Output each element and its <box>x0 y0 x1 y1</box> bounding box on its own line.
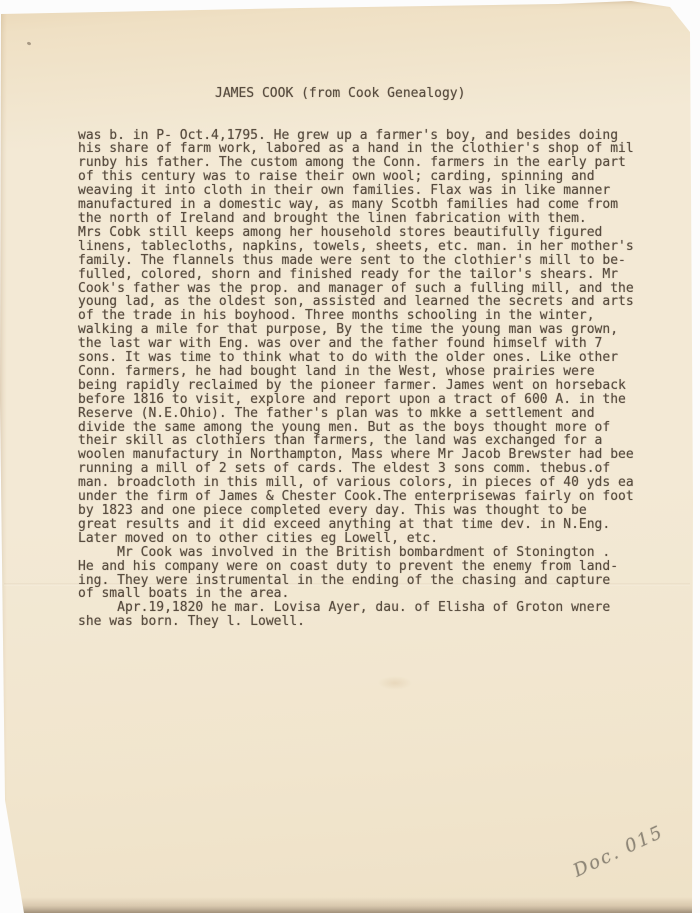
paper-speck <box>27 41 32 45</box>
document-body: was b. in P- Oct.4,1795. He grew up a fa… <box>78 129 656 630</box>
text-line: man. broadcloth in this mill, of various… <box>78 476 656 490</box>
text-line: linens, tablecloths, napkins, towels, sh… <box>78 240 656 254</box>
text-line: weaving it into cloth in their own famil… <box>78 184 656 198</box>
text-line: Mr Cook was involved in the British bomb… <box>78 546 656 560</box>
scan-background: JAMES COOK (from Cook Genealogy) was b. … <box>0 0 700 913</box>
text-line: Later moved on to other cities eg Lowell… <box>78 532 656 546</box>
text-line: the last war with Eng. was over and the … <box>78 337 656 351</box>
document-title: JAMES COOK (from Cook Genealogy) <box>78 87 656 101</box>
text-line: sons. It was time to think what to do wi… <box>78 351 656 365</box>
text-line: Reserve (N.E.Ohio). The father's plan wa… <box>78 407 656 421</box>
text-line: before 1816 to visit, explore and report… <box>78 393 656 407</box>
text-line: fulled, colored, shorn and finished read… <box>78 268 656 282</box>
document-text: JAMES COOK (from Cook Genealogy) was b. … <box>78 59 656 657</box>
handwritten-doc-number: Doc. 015 <box>570 821 667 881</box>
text-line: manufactured in a domestic way, as many … <box>78 198 656 212</box>
paper-bottom-crease <box>18 897 693 913</box>
text-line: Mrs Cobk still keeps among her household… <box>78 226 656 240</box>
text-line: Conn. farmers, he had bought land in the… <box>78 365 656 379</box>
text-line: family. The flannels thus made were sent… <box>78 254 656 268</box>
text-line: under the firm of James & Chester Cook.T… <box>78 490 656 504</box>
paper-stain <box>378 676 412 690</box>
text-line: the north of Ireland and brought the lin… <box>78 212 656 226</box>
text-line: by 1823 and one piece completed every da… <box>78 504 656 518</box>
scanned-paper: JAMES COOK (from Cook Genealogy) was b. … <box>0 0 700 913</box>
text-line: she was born. They l. Lowell. <box>78 615 656 629</box>
text-line: He and his company were on coast duty to… <box>78 560 656 574</box>
text-line: being rapidly reclaimed by the pioneer f… <box>78 379 656 393</box>
text-line: great results and it did exceed anything… <box>78 518 656 532</box>
